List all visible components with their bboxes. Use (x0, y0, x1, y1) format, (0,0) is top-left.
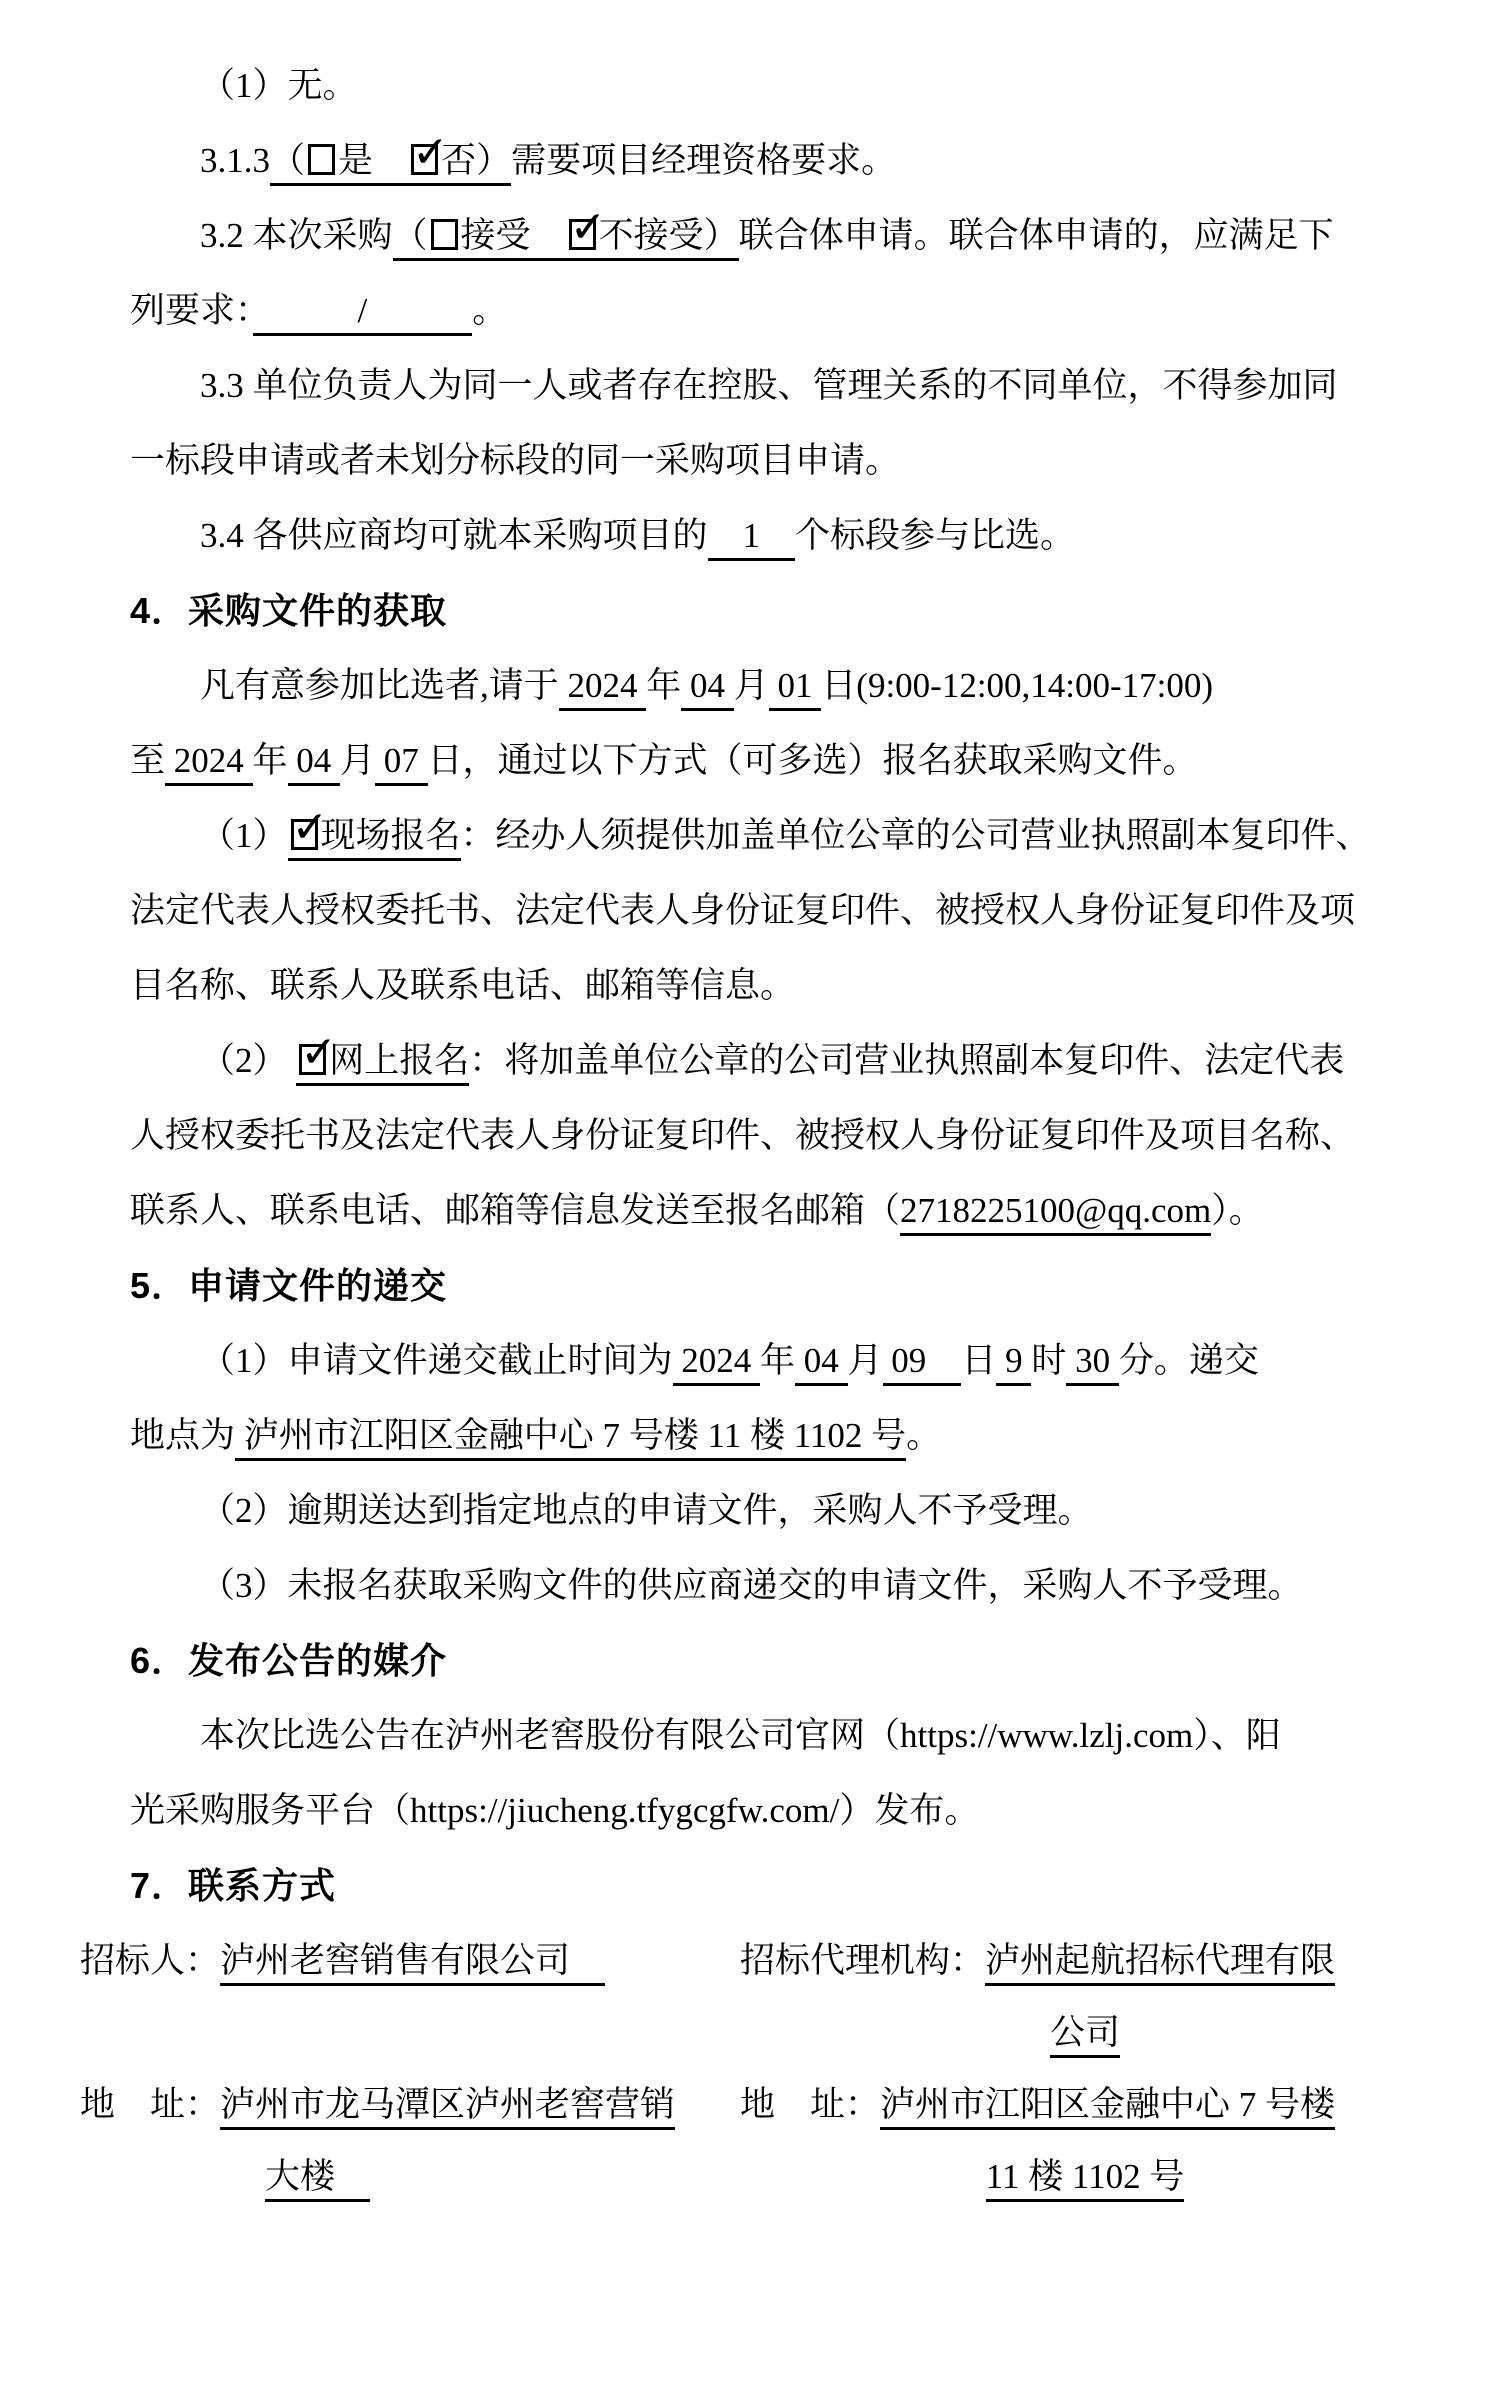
doc-line-4-m1-cont: 目名称、联系人及联系电话、邮箱等信息。 (130, 948, 1430, 1023)
heading-text: 7．联系方式 (130, 1865, 336, 1906)
tenderer-address-cont-text: 大楼 (265, 2157, 370, 2202)
text-segment: 个标段参与比选。 (795, 516, 1075, 555)
doc-line-3-1-3: 3.1.3（是 ✓否）需要项目经理资格要求。 (130, 123, 1430, 198)
document-page: （1）无。 3.1.3（是 ✓否）需要项目经理资格要求。 3.2 本次采购（接受… (0, 0, 1500, 2406)
text-segment: ）。 (1211, 1191, 1264, 1230)
agency-address-cell: 地 址：泸州市江阳区金融中心 7 号楼 11 楼 1102 号 (740, 2069, 1430, 2213)
doc-line-4-m1-cont: 法定代表人授权委托书、法定代表人身份证复印件、被授权人身份证复印件及项 (130, 873, 1430, 948)
item-number: （1） (200, 816, 288, 855)
doc-line-3-3: 3.3 单位负责人为同一人或者存在控股、管理关系的不同单位，不得参加同 (130, 348, 1430, 423)
checkbox-unchecked-icon (308, 144, 335, 175)
text-segment: 凡有意参加比选者,请于 (200, 666, 559, 705)
doc-line-5-p2: （2）逾期送达到指定地点的申请文件，采购人不予受理。 (130, 1473, 1430, 1548)
doc-line-3-3-cont: 一标段申请或者未划分标段的同一采购项目申请。 (130, 423, 1430, 498)
text-segment (531, 216, 566, 255)
agency-name-cont: 公司 (1050, 2013, 1120, 2058)
option-label-onsite: 现场报名 (321, 816, 461, 855)
fill-in-underline: ✓现场报名 (288, 816, 461, 861)
text-segment: 年 (253, 741, 288, 780)
contact-row-names: 招标人：泸州老窖销售有限公司 招标代理机构：泸州起航招标代理有限 公司 (80, 1925, 1430, 2069)
doc-line-4-m2-cont: 人授权委托书及法定代表人身份证复印件、被授权人身份证复印件及项目名称、 (130, 1098, 1430, 1173)
text-segment: 需要项目经理资格要求。 (511, 141, 896, 180)
item-number: （2） (200, 1041, 296, 1080)
item-number: 3.2 本次采购 (200, 216, 393, 255)
fill-in-blank: / (253, 291, 473, 336)
checkbox-checked-icon: ✓ (569, 219, 596, 250)
doc-line-4-m1: （1）✓现场报名：经办人须提供加盖单位公章的公司营业执照副本复印件、 (130, 798, 1430, 873)
contact-row-addresses: 地 址：泸州市龙马潭区泸州老窖营销 大楼 地 址：泸州市江阳区金融中心 7 号楼… (80, 2069, 1430, 2213)
text-segment: 年 (760, 1341, 795, 1380)
text-segment: 时 (1031, 1341, 1066, 1380)
text-segment: （3）未报名获取采购文件的供应商递交的申请文件，采购人不予受理。 (200, 1566, 1303, 1605)
fill-in-month: 04 (288, 741, 341, 786)
fill-in-day: 09 (883, 1341, 962, 1386)
fill-in-hour: 9 (996, 1341, 1031, 1386)
fill-in-underline: （接受 ✓不接受） (393, 216, 739, 261)
tenderer-cell: 招标人：泸州老窖销售有限公司 (80, 1925, 740, 1997)
item-number: 3.1.3 (200, 141, 270, 180)
text-segment: 月 (734, 666, 769, 705)
tenderer-address-cont: 大楼 (80, 2141, 740, 2213)
text-segment: 日，通过以下方式（可多选）报名获取采购文件。 (428, 741, 1198, 780)
checkbox-checked-icon: ✓ (411, 144, 438, 175)
fill-in-address: 泸州市江阳区金融中心 7 号楼 11 楼 1102 号 (235, 1416, 906, 1461)
tenderer-address-cell: 地 址：泸州市龙马潭区泸州老窖营销 大楼 (80, 2069, 740, 2213)
doc-line-6-p1-cont: 光采购服务平台（https://jiucheng.tfygcgfw.com/）发… (130, 1773, 1430, 1848)
text-segment: （ (393, 216, 428, 255)
section-heading-7: 7．联系方式 (130, 1848, 1430, 1923)
email-value: 2718225100@qq.com (900, 1191, 1211, 1236)
agency-address-cont: 11 楼 1102 号 (740, 2141, 1430, 2213)
text-segment: 月 (848, 1341, 883, 1380)
checkbox-checked-icon: ✓ (299, 1044, 326, 1075)
tenderer-address: 泸州市龙马潭区泸州老窖营销 (220, 2085, 675, 2130)
fill-in-year: 2024 (559, 666, 647, 711)
option-label-online: 网上报名 (329, 1041, 469, 1080)
text-segment: 将加盖单位公章的公司营业执照副本复印件、法定代表 (504, 1041, 1344, 1080)
fill-in-underline: ✓网上报名 (296, 1041, 469, 1086)
text-segment: 人授权委托书及法定代表人身份证复印件、被授权人身份证复印件及项目名称、 (130, 1116, 1355, 1155)
fill-in-month: 04 (681, 666, 734, 711)
heading-text: 6．发布公告的媒介 (130, 1640, 447, 1681)
text-segment (373, 141, 408, 180)
agency-name: 泸州起航招标代理有限 (985, 1941, 1335, 1986)
document-body: （1）无。 3.1.3（是 ✓否）需要项目经理资格要求。 3.2 本次采购（接受… (80, 48, 1430, 1923)
agency-address-line: 地 址：泸州市江阳区金融中心 7 号楼 (740, 2069, 1430, 2141)
doc-line-3-2-cont: 列要求： / 。 (130, 273, 1430, 348)
text-segment: 光采购服务平台（https://jiucheng.tfygcgfw.com/）发… (130, 1791, 979, 1830)
text-segment: 一标段申请或者未划分标段的同一采购项目申请。 (130, 441, 900, 480)
check-icon: ✓ (292, 806, 329, 850)
heading-text: 5．申请文件的递交 (130, 1265, 447, 1306)
text-segment: ） (476, 141, 511, 180)
text-segment: 。 (906, 1416, 941, 1455)
doc-line-3-4: 3.4 各供应商均可就本采购项目的 1 个标段参与比选。 (130, 498, 1430, 573)
agency-line: 招标代理机构：泸州起航招标代理有限 (740, 1925, 1430, 1997)
text-segment: 法定代表人授权委托书、法定代表人身份证复印件、被授权人身份证复印件及项 (130, 891, 1355, 930)
fill-in-year: 2024 (673, 1341, 761, 1386)
doc-line-4-m2-cont: 联系人、联系电话、邮箱等信息发送至报名邮箱（2718225100@qq.com）… (130, 1173, 1430, 1248)
text-segment: （ (270, 141, 305, 180)
tenderer-address-line: 地 址：泸州市龙马潭区泸州老窖营销 (80, 2069, 740, 2141)
text-segment: 日(9:00-12:00,14:00-17:00) (821, 666, 1213, 705)
checkbox-unchecked-icon (431, 219, 458, 250)
text-segment: （1）申请文件递交截止时间为 (200, 1341, 673, 1380)
check-icon: ✓ (570, 206, 607, 250)
text-segment: ： (469, 1041, 504, 1080)
fill-in-minute: 30 (1066, 1341, 1119, 1386)
doc-line-none: （1）无。 (130, 48, 1430, 123)
tenderer-name: 泸州老窖销售有限公司 (220, 1941, 605, 1986)
fill-in-day: 07 (375, 741, 428, 786)
text-segment: 联合体申请。联合体申请的，应满足下 (739, 216, 1334, 255)
doc-line-4-p1-cont: 至 2024 年 04 月 07 日，通过以下方式（可多选）报名获取采购文件。 (130, 723, 1430, 798)
check-icon: ✓ (412, 131, 449, 175)
checkbox-checked-icon: ✓ (291, 819, 318, 850)
doc-line-5-p1-cont: 地点为 泸州市江阳区金融中心 7 号楼 11 楼 1102 号。 (130, 1398, 1430, 1473)
text-segment: 年 (646, 666, 681, 705)
doc-line-3-2: 3.2 本次采购（接受 ✓不接受）联合体申请。联合体申请的，应满足下 (130, 198, 1430, 273)
option-label-accept: 接受 (461, 216, 531, 255)
text-segment: 经办人须提供加盖单位公章的公司营业执照副本复印件、 (496, 816, 1371, 855)
fill-in-year: 2024 (165, 741, 253, 786)
option-label-reject: 不接受 (599, 216, 704, 255)
contact-section: 招标人：泸州老窖销售有限公司 招标代理机构：泸州起航招标代理有限 公司 地 址：… (80, 1925, 1430, 2213)
heading-text: 4．采购文件的获取 (130, 590, 447, 631)
text-segment: 。 (472, 291, 507, 330)
tenderer-line: 招标人：泸州老窖销售有限公司 (80, 1925, 740, 1997)
fill-in-day: 01 (769, 666, 822, 711)
doc-line-6-p1: 本次比选公告在泸州老窖股份有限公司官网（https://www.lzlj.com… (130, 1698, 1430, 1773)
text-segment: 地点为 (130, 1416, 235, 1455)
check-icon: ✓ (300, 1031, 337, 1075)
field-label: 招标代理机构： (740, 1941, 985, 1980)
text-segment: ） (704, 216, 739, 255)
fill-in-value: 1 (708, 516, 796, 561)
field-label: 招标人： (80, 1941, 220, 1980)
text-segment: （1）无。 (200, 66, 358, 105)
field-label: 地 址： (80, 2085, 220, 2124)
section-heading-6: 6．发布公告的媒介 (130, 1623, 1430, 1698)
text-segment: 分。递交 (1119, 1341, 1259, 1380)
section-heading-5: 5．申请文件的递交 (130, 1248, 1430, 1323)
agency-address: 泸州市江阳区金融中心 7 号楼 (880, 2085, 1335, 2130)
text-segment: 本次比选公告在泸州老窖股份有限公司官网（https://www.lzlj.com… (200, 1716, 1281, 1755)
doc-line-4-m2: （2） ✓网上报名：将加盖单位公章的公司营业执照副本复印件、法定代表 (130, 1023, 1430, 1098)
agency-line-cont: 公司 (740, 1997, 1430, 2069)
text-segment: 日 (961, 1341, 996, 1380)
field-label: 地 址： (740, 2085, 880, 2124)
doc-line-4-p1: 凡有意参加比选者,请于 2024 年 04 月 01 日(9:00-12:00,… (130, 648, 1430, 723)
text-segment: 列要求： (130, 291, 253, 330)
option-label-yes: 是 (338, 141, 373, 180)
doc-line-5-p3: （3）未报名获取采购文件的供应商递交的申请文件，采购人不予受理。 (130, 1548, 1430, 1623)
agency-address-cont-text: 11 楼 1102 号 (986, 2157, 1185, 2202)
text-segment: 联系人、联系电话、邮箱等信息发送至报名邮箱（ (130, 1191, 900, 1230)
text-segment: 月 (340, 741, 375, 780)
fill-in-month: 04 (795, 1341, 848, 1386)
section-heading-4: 4．采购文件的获取 (130, 573, 1430, 648)
text-segment: （2）逾期送达到指定地点的申请文件，采购人不予受理。 (200, 1491, 1093, 1530)
text-segment: 目名称、联系人及联系电话、邮箱等信息。 (130, 966, 795, 1005)
text-segment: 3.3 单位负责人为同一人或者存在控股、管理关系的不同单位，不得参加同 (200, 366, 1338, 405)
text-segment: ： (461, 816, 496, 855)
fill-in-underline: （是 ✓否） (270, 141, 511, 186)
agency-cell: 招标代理机构：泸州起航招标代理有限 公司 (740, 1925, 1430, 2069)
doc-line-5-p1: （1）申请文件递交截止时间为 2024 年 04 月 09 日 9 时 30 分… (130, 1323, 1430, 1398)
text-segment: 至 (130, 741, 165, 780)
text-segment: 3.4 各供应商均可就本采购项目的 (200, 516, 708, 555)
